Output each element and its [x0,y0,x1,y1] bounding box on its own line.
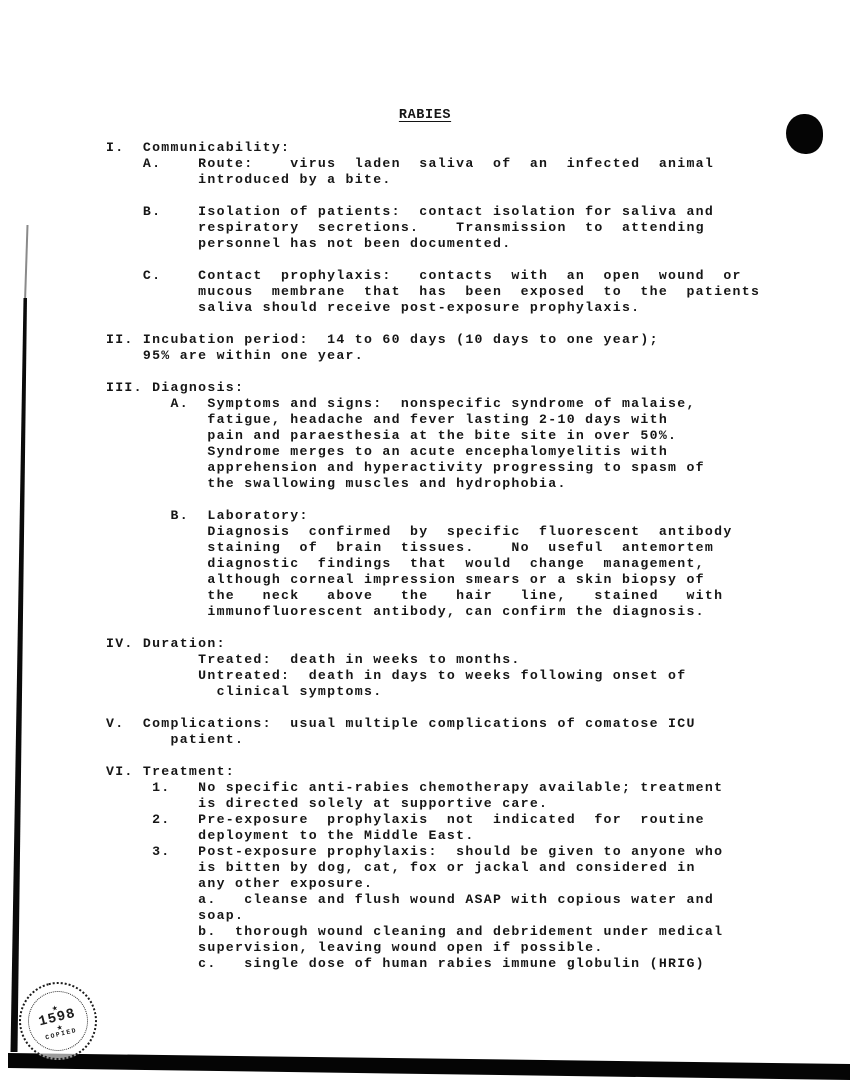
section-incubation-period: II. Incubation period: 14 to 60 days (10… [106,332,760,364]
document-body: I. Communicability: A. Route: virus lade… [106,140,760,988]
section-complications: V. Complications: usual multiple complic… [106,716,760,748]
section-diagnosis: III. Diagnosis: A. Symptoms and signs: n… [106,380,760,620]
copied-stamp: ★ 1598 ★ COPIED [11,974,106,1069]
left-edge-faint-line [25,225,28,302]
document-title: RABIES [0,108,850,123]
section-communicability: I. Communicability: A. Route: virus lade… [106,140,760,316]
left-edge-dark-line [11,298,28,1052]
section-treatment: VI. Treatment: 1. No specific anti-rabie… [106,764,760,972]
bottom-edge-bar [8,1053,850,1080]
section-duration: IV. Duration: Treated: death in weeks to… [106,636,760,700]
stamp-inner-ring [22,985,95,1058]
scanned-document-page: RABIES I. Communicability: A. Route: vir… [0,0,850,1090]
